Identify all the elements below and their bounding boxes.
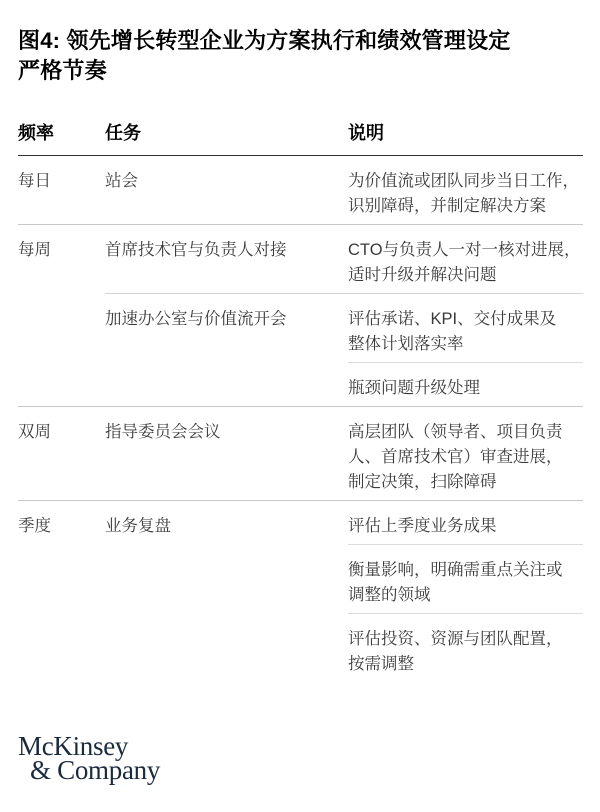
task-row: 站会为价值流或团队同步当日工作， 识别障碍，并制定解决方案 [105,156,583,224]
tasks-container: 指导委员会会议高层团队（领导者、项目负责 人、首席技术官）审查进展， 制定决策，… [105,407,583,500]
tasks-container: 首席技术官与负责人对接CTO与负责人一对一核对进展， 适时升级并解决问题加速办公… [105,225,583,406]
tasks-container: 站会为价值流或团队同步当日工作， 识别障碍，并制定解决方案 [105,156,583,224]
description-cell: 衡量影响，明确需重点关注或 调整的领域 [348,544,583,613]
frequency-cell: 季度 [18,501,105,682]
column-header-description: 说明 [348,122,583,144]
group-row: 每日站会为价值流或团队同步当日工作， 识别障碍，并制定解决方案 [18,156,583,224]
table-body: 每日站会为价值流或团队同步当日工作， 识别障碍，并制定解决方案每周首席技术官与负… [18,156,583,682]
descriptions-container: 评估上季度业务成果衡量影响，明确需重点关注或 调整的领域评估投资、资源与团队配置… [348,501,583,682]
logo-text-line2: & Company [18,758,583,782]
description-cell: 评估上季度业务成果 [348,501,583,544]
task-row: 加速办公室与价值流开会评估承诺、KPI、交付成果及 整体计划落实率瓶颈问题升级处… [105,293,583,406]
figure-page: 图4: 领先增长转型企业为方案执行和绩效管理设定 严格节奏 频率 任务 说明 每… [0,0,600,812]
task-cell: 业务复盘 [105,501,348,682]
tasks-container: 业务复盘评估上季度业务成果衡量影响，明确需重点关注或 调整的领域评估投资、资源与… [105,501,583,682]
task-row: 业务复盘评估上季度业务成果衡量影响，明确需重点关注或 调整的领域评估投资、资源与… [105,501,583,682]
group-row: 双周指导委员会会议高层团队（领导者、项目负责 人、首席技术官）审查进展， 制定决… [18,406,583,500]
description-cell: 瓶颈问题升级处理 [348,362,583,406]
descriptions-container: CTO与负责人一对一核对进展， 适时升级并解决问题 [348,225,583,293]
task-cell: 加速办公室与价值流开会 [105,294,348,406]
frequency-cell: 每周 [18,225,105,406]
group-row: 季度业务复盘评估上季度业务成果衡量影响，明确需重点关注或 调整的领域评估投资、资… [18,500,583,682]
descriptions-container: 为价值流或团队同步当日工作， 识别障碍，并制定解决方案 [348,156,583,224]
description-cell: CTO与负责人一对一核对进展， 适时升级并解决问题 [348,225,583,293]
mckinsey-logo: McKinsey & Company [18,734,583,782]
description-cell: 评估承诺、KPI、交付成果及 整体计划落实率 [348,294,583,362]
column-header-frequency: 频率 [18,122,105,144]
figure-title: 图4: 领先增长转型企业为方案执行和绩效管理设定 严格节奏 [18,26,583,86]
frequency-cell: 每日 [18,156,105,224]
group-row: 每周首席技术官与负责人对接CTO与负责人一对一核对进展， 适时升级并解决问题加速… [18,224,583,406]
task-cell: 指导委员会会议 [105,407,348,500]
descriptions-container: 评估承诺、KPI、交付成果及 整体计划落实率瓶颈问题升级处理 [348,294,583,406]
frequency-cell: 双周 [18,407,105,500]
cadence-table: 频率 任务 说明 每日站会为价值流或团队同步当日工作， 识别障碍，并制定解决方案… [18,122,583,682]
description-cell: 高层团队（领导者、项目负责 人、首席技术官）审查进展， 制定决策，扫除障碍 [348,407,583,500]
table-header-row: 频率 任务 说明 [18,122,583,156]
description-cell: 为价值流或团队同步当日工作， 识别障碍，并制定解决方案 [348,156,583,224]
task-row: 指导委员会会议高层团队（领导者、项目负责 人、首席技术官）审查进展， 制定决策，… [105,407,583,500]
task-row: 首席技术官与负责人对接CTO与负责人一对一核对进展， 适时升级并解决问题 [105,225,583,293]
column-header-task: 任务 [105,122,348,144]
descriptions-container: 高层团队（领导者、项目负责 人、首席技术官）审查进展， 制定决策，扫除障碍 [348,407,583,500]
task-cell: 站会 [105,156,348,224]
task-cell: 首席技术官与负责人对接 [105,225,348,293]
description-cell: 评估投资、资源与团队配置， 按需调整 [348,613,583,682]
